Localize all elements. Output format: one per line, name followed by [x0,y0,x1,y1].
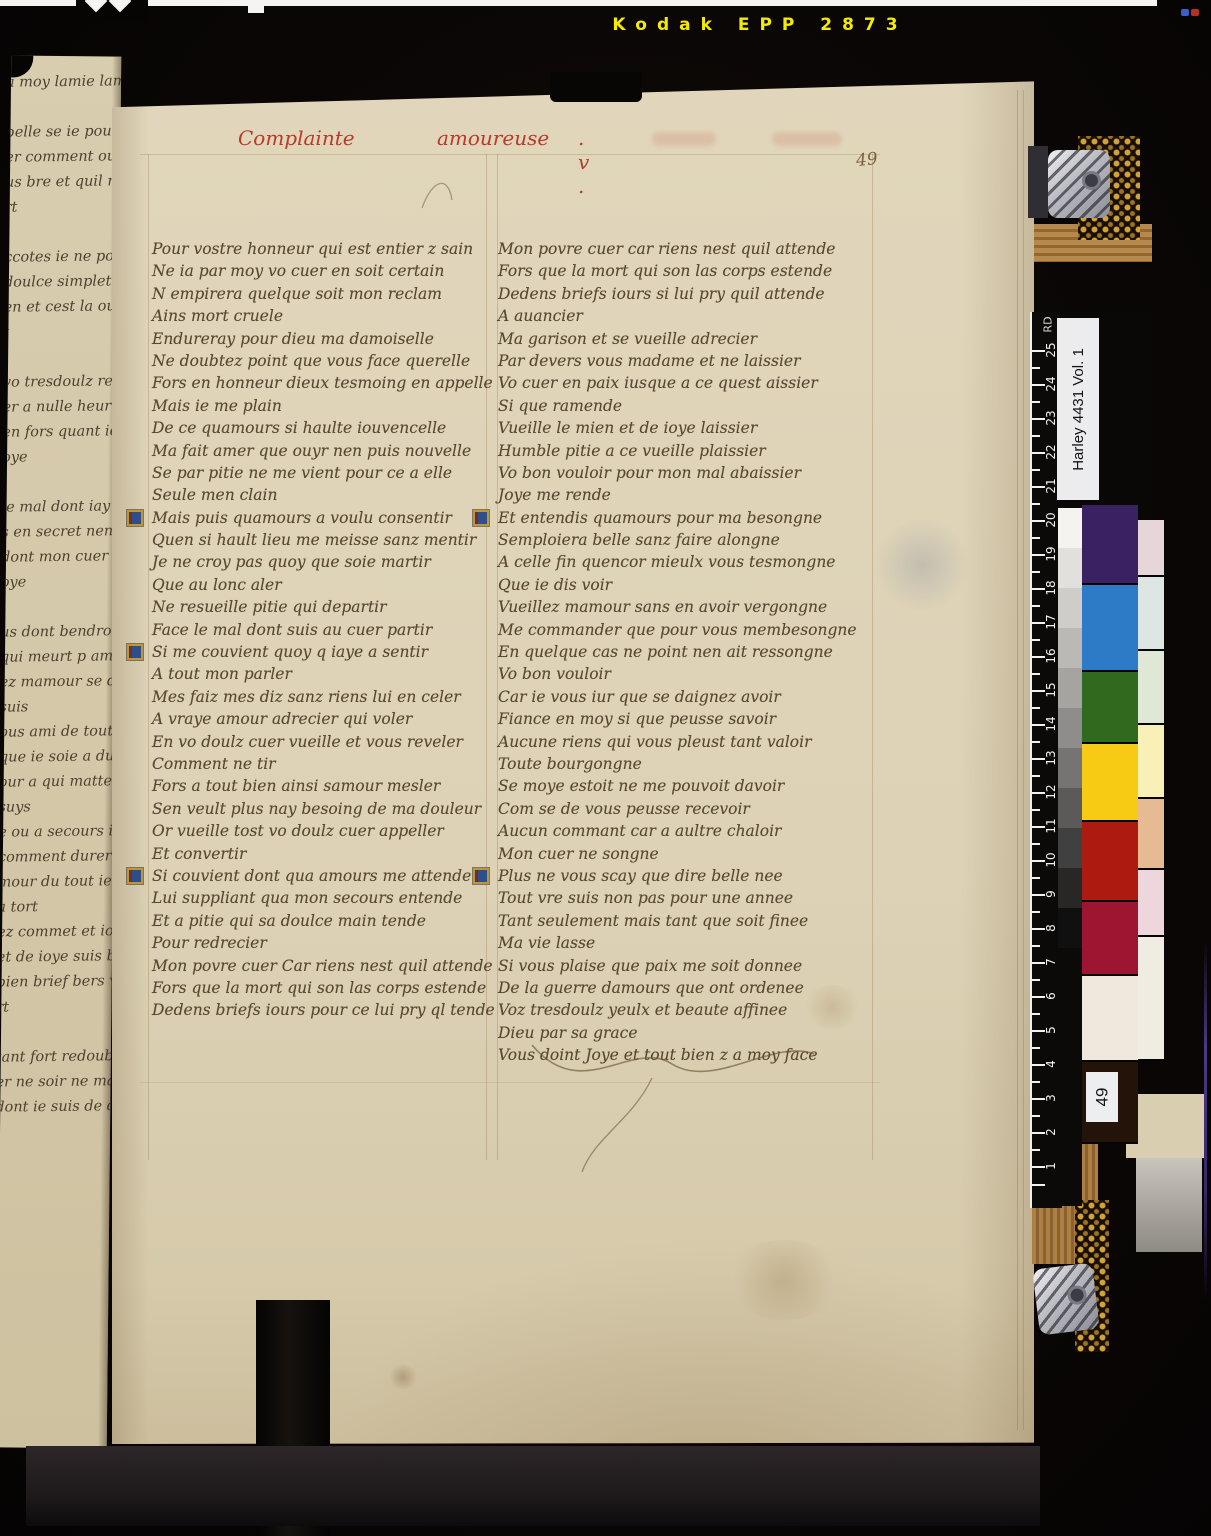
ruler-tick [1032,1149,1040,1151]
manuscript-line: Et convertir [152,843,495,865]
gray-step-7 [1058,748,1082,788]
manuscript-line-text: Plus ne vous scay que dire belle nee [498,867,783,885]
manuscript-line: N empirera quelque soit mon reclam [152,283,495,305]
ruler-tick [1032,1098,1045,1100]
manuscript-line-text: Dedens briefs iours pour ce lui pry ql t… [152,1001,495,1019]
gray-step-5 [1058,668,1082,708]
gray-step-9 [1058,828,1082,868]
patch-pale-green [1138,651,1164,725]
gray-step-11 [1058,908,1082,948]
manuscript-line-text: Aucune riens qui vous pleust tant valoir [498,733,811,751]
ruler-tick [1032,979,1040,981]
manuscript-line: Mon povre cuer car riens nest quil atten… [498,238,857,260]
facing-page-line: ez mamour se desc [0,669,115,695]
manuscript-line-text: Mon povre cuer Car riens nest quil atten… [152,957,493,975]
facing-page-line: tant fort redoubte et [0,1044,111,1070]
ruler-tick [1032,860,1045,862]
manuscript-line-text: Fors que la mort qui son las corps esten… [498,262,832,280]
manuscript-line-text: Ne ia par moy vo cuer en soit certain [152,262,444,280]
manuscript-page: Complainte amoureuse . v . 49 Pour vostr… [112,80,1034,1444]
manuscript-line-text: Ne resueille pitie qui departir [152,598,387,616]
manuscript-line-text: Que au lonc aler [152,576,282,594]
manuscript-line: Aucun commant car a aultre chaloir [498,820,857,842]
ruler-tick [1032,1184,1045,1186]
facing-page-line: mour du tout ie me fi [0,869,113,895]
manuscript-line-text: Que ie dis voir [498,576,612,594]
facing-page-line: ez commet et iours et [0,919,112,945]
ruler-tick [1032,894,1045,896]
manuscript-line-text: Si couvient dont qua amours me attende [152,867,471,885]
manuscript-line-text: Mon cuer ne songne [498,845,659,863]
ruler-number: 14 [1043,716,1059,732]
ruler-tick [1032,571,1040,573]
manuscript-line: Face le mal dont suis au cuer partir [152,619,495,641]
ruler-tick [1032,554,1045,556]
manuscript-line: A vraye amour adrecier qui voler [152,708,495,730]
ruling-line [140,154,880,155]
ruler-number: 4 [1043,1056,1059,1072]
manuscript-line-text: Com se de vous peusse recevoir [498,800,750,818]
ruler-tick [1032,384,1045,386]
manuscript-line: Dedens briefs iours si lui pry quil atte… [498,283,857,305]
facing-page-line: rt [0,994,111,1020]
manuscript-line: Si que ramende [498,395,857,417]
ruler-tick [1032,367,1040,369]
gray-step-2 [1058,548,1082,588]
facing-page-line [0,1019,111,1045]
facing-page-line [6,94,121,120]
manuscript-line: Que ie dis voir [498,574,857,596]
manuscript-line: Pour redrecier [152,932,495,954]
manuscript-line-text: Voz tresdoulz yeulx et beaute affinee [498,1001,787,1019]
gray-step-6 [1058,708,1082,748]
manuscript-line-text: Par devers vous madame et ne laissier [498,352,801,370]
ruler-number: 11 [1043,818,1059,834]
manuscript-line-text: Je ne croy pas quoy que soie martir [152,553,431,571]
facing-page-line: dont mon cuer de duel [1,544,116,570]
manuscript-line: Mon povre cuer Car riens nest quil atten… [152,955,495,977]
facing-page-line: en fors quant ie suis [2,419,117,445]
film-brand-label: Kodak EPP 2873 [560,15,960,35]
manuscript-line-text: Dieu par sa grace [498,1024,638,1042]
manuscript-line-text: A vraye amour adrecier qui voler [152,710,412,728]
ruler-tick [1032,452,1045,454]
ruler-top-label: RD [1042,316,1055,332]
manuscript-line: Fiance en moy si que peusse savoir [498,708,857,730]
ruler-tick [1032,690,1045,692]
manuscript-line-text: Vo bon vouloir [498,665,611,683]
manuscript-line-text: N empirera quelque soit mon reclam [152,285,442,303]
manuscript-line: Ma garison et se vueille adrecier [498,328,857,350]
clamp-plate [1028,146,1048,218]
patch-green [1082,672,1138,744]
manuscript-line: Dieu par sa grace [498,1022,857,1044]
manuscript-line-text: Comment ne tir [152,755,276,773]
manuscript-line-text: Mais puis quamours a voulu consentir [152,509,452,527]
manuscript-line: Comment ne tir [152,753,495,775]
facing-page-line: ccotes ie ne pouroye [4,244,119,270]
facing-page-line [0,594,115,620]
facing-page-line: comment durer ne pu [0,844,113,870]
ruler-tick [1032,1132,1045,1134]
color-patches-main [1082,505,1138,1144]
facing-page-line: doulce simplete et que [4,269,119,295]
manuscript-line: Se par pitie ne me vient pour ce a elle [152,462,495,484]
manuscript-line: Vo bon vouloir [498,663,857,685]
folio-number: 49 [855,149,879,171]
manuscript-line: De ce quamours si haulte iouvencelle [152,417,495,439]
manuscript-line: Fors en honneur dieux tesmoing en appell… [152,372,495,394]
patch-red [1082,822,1138,902]
manuscript-line-text: Vous doint Joye et tout bien z a moy fac… [498,1046,818,1064]
manuscript-line-text: Fors que la mort qui son las corps esten… [152,979,486,997]
manuscript-left-column: Pour vostre honneur qui est entier z sai… [152,238,495,1022]
manuscript-line: A auancier [498,305,857,327]
manuscript-line: Seule men clain [152,484,495,506]
illuminated-paragraph-mark [473,510,489,526]
shelfmark-label-text: Harley 4431 Vol. 1 [1070,348,1087,471]
manuscript-line: Je ne croy pas quoy que soie martir [152,551,495,573]
ruler-number: 19 [1043,546,1059,562]
manuscript-line: Vo cuer en paix iusque a ce quest aissie… [498,372,857,394]
folio-tag-label: 49 [1086,1072,1118,1122]
ruler-tick [1032,928,1045,930]
ruler-tick [1032,1081,1040,1083]
ruler-tick [1032,945,1040,947]
ruler-number: 6 [1043,988,1059,1004]
page-stain [388,1364,418,1390]
manuscript-line-text: Sen veult plus nay besoing de ma douleur [152,800,481,818]
facing-page-line: vo tresdoulz regart [3,369,118,395]
ruler-tick [1032,418,1045,420]
manuscript-line-text: Face le mal dont suis au cuer partir [152,621,432,639]
facing-page-line: belle se ie pouoye [5,119,120,145]
facing-page-line: suys [0,794,114,820]
ruler-tick [1032,962,1045,964]
facing-page-line: er ne soir ne main [0,1069,111,1095]
ruler-tick [1032,792,1045,794]
gray-step-3 [1058,588,1082,628]
ruler-tick [1032,1047,1040,1049]
manuscript-line: Me commander que pour vous membesongne [498,619,857,641]
ruler-tick [1032,520,1045,522]
patch-dark-violet [1082,505,1138,585]
manuscript-line-text: Me commander que pour vous membesongne [498,621,857,639]
manuscript-line-text: Joye me rende [498,486,611,504]
manuscript-line: En quelque cas ne point nen ait ressongn… [498,641,857,663]
ruler-tick [1032,401,1040,403]
manuscript-line: Humble pitie a ce vueille plaissier [498,440,857,462]
manuscript-line: Vueille le mien et de ioye laissier [498,417,857,439]
manuscript-line: Tout vre suis non pas pour une annee [498,887,857,909]
gray-step-10 [1058,868,1082,908]
ruler-tick [1032,1030,1045,1032]
ruler-tick [1032,656,1045,658]
ruler-number: 18 [1043,580,1059,596]
manuscript-line-text: Mon povre cuer car riens nest quil atten… [498,240,835,258]
illuminated-paragraph-mark [127,868,143,884]
facing-page-line: que ie soie a dur port [0,744,114,770]
facing-page-line: e ou a secours ie fuy [0,819,113,845]
ruler-tick [1032,1115,1040,1117]
folio-tag-text: 49 [1092,1088,1112,1107]
ruler-tick [1032,486,1045,488]
manuscript-line: Plus ne vous scay que dire belle nee [498,865,857,887]
manuscript-line-text: Semploiera belle sanz faire alongne [498,531,780,549]
manuscript-line-text: Toute bourgongne [498,755,642,773]
manuscript-line: Quen si hault lieu me meisse sanz mentir [152,529,495,551]
manuscript-line-text: Se moye estoit ne me pouvoit davoir [498,777,784,795]
manuscript-line: Ne doubtez point que vous face querelle [152,350,495,372]
facing-page-line: bien brief bers vous [0,969,112,995]
manuscript-line-text: De la guerre damours que ont ordenee [498,979,804,997]
ruler-tick [1032,1064,1045,1066]
ruler-tick [1032,911,1040,913]
ruler-number: 16 [1043,648,1059,664]
manuscript-line-text: Et convertir [152,845,246,863]
film-edge-strip [0,0,1157,6]
cradle-metal-corner [1136,1158,1202,1252]
color-patches-pale [1138,520,1164,1061]
manuscript-line-text: A celle fin quencor mieulx vous tesmongn… [498,553,835,571]
manuscript-line: Fors a tout bien ainsi samour mesler [152,775,495,797]
manuscript-line-text: Et entendis quamours pour ma besongne [498,509,822,527]
manuscript-line-text: Pour redrecier [152,934,267,952]
page-edge-lines [1017,90,1027,1430]
manuscript-line-text: Si me couvient quoy q iaye a sentir [152,643,428,661]
ruler-tick [1032,707,1040,709]
ruler-tick [1032,673,1040,675]
manuscript-line-text: Fiance en moy si que peusse savoir [498,710,776,728]
grayscale-black-tail [1058,948,1082,1206]
facing-page-line: oye [1,569,116,595]
ruler-tick [1032,843,1040,845]
ruler-tick [1032,605,1040,607]
manuscript-line: Mais puis quamours a voulu consentir [152,507,495,529]
ruler-number: 3 [1043,1090,1059,1106]
rubric-word: . v . [578,126,589,198]
manuscript-line-text: Or vueille tost vo doulz cuer appeller [152,822,444,840]
manuscript-line: De la guerre damours que ont ordenee [498,977,857,999]
facing-page-line [2,469,117,495]
ruler-tick [1032,775,1040,777]
manuscript-line-text: Tout vre suis non pas pour une annee [498,889,793,907]
manuscript-line: Vous doint Joye et tout bien z a moy fac… [498,1044,857,1066]
manuscript-line-text: Dedens briefs iours si lui pry quil atte… [498,285,825,303]
facing-page-line [4,219,119,245]
manuscript-line: Ne resueille pitie qui departir [152,596,495,618]
manuscript-line: Or vueille tost vo doulz cuer appeller [152,820,495,842]
ruler-tick [1032,537,1040,539]
manuscript-line-text: Quen si hault lieu me meisse sanz mentir [152,531,476,549]
patch-white [1138,937,1164,1061]
facing-page-line [3,344,118,370]
manuscript-line-text: Ma garison et se vueille adrecier [498,330,757,348]
manuscript-line: Mais ie me plain [152,395,495,417]
manuscript-line: Et entendis quamours pour ma besongne [498,507,857,529]
facing-page-edge: a moy lamie lamee belle se ie pouoyeer c… [0,55,121,1448]
manuscript-line: Aucune riens qui vous pleust tant valoir [498,731,857,753]
ruler-number: 5 [1043,1022,1059,1038]
manuscript-line-text: Fors en honneur dieux tesmoing en appell… [152,374,493,392]
manuscript-line-text: En vo doulz cuer vueille et vous reveler [152,733,463,751]
manuscript-line: Ains mort cruele [152,305,495,327]
facing-page-line: a moy lamie lamee [6,69,121,95]
manuscript-line-text: A auancier [498,307,583,325]
facing-page-line: suis [0,694,115,720]
manuscript-line-text: Tant seulement mais tant que soit finee [498,912,808,930]
manuscript-line: En vo doulz cuer vueille et vous reveler [152,731,495,753]
ruler-number: 7 [1043,954,1059,970]
page-stain [872,520,972,610]
manuscript-line-text: Humble pitie a ce vueille plaissier [498,442,766,460]
manuscript-line-text: Mais ie me plain [152,397,282,415]
retaining-strap-top [550,72,642,102]
manuscript-line: Vo bon vouloir pour mon mal abaissier [498,462,857,484]
manuscript-line: Si couvient dont qua amours me attende [152,865,495,887]
facing-page-line: er comment ou que le so [5,144,120,170]
ruler-tick [1032,741,1040,743]
manuscript-line: Pour vostre honneur qui est entier z sai… [152,238,495,260]
manuscript-line: A celle fin quencor mieulx vous tesmongn… [498,551,857,573]
ruler-tick [1032,758,1045,760]
manuscript-line-text: Si vous plaise que paix me soit donnee [498,957,802,975]
facing-page-line: s en secret nen appar [1,519,116,545]
ruler-number: 2 [1043,1124,1059,1140]
manuscript-line-text: Si que ramende [498,397,622,415]
metal-clamp-top [1048,150,1110,218]
manuscript-line-text: De ce quamours si haulte iouvencelle [152,419,446,437]
manuscript-line-text: Vo bon vouloir pour mon mal abaissier [498,464,801,482]
ruler-tick [1032,622,1045,624]
manuscript-line: Par devers vous madame et ne laissier [498,350,857,372]
facing-page-line: our a qui mattens au [0,769,114,795]
illuminated-paragraph-mark [127,644,143,660]
ruler-tick [1032,1013,1040,1015]
manuscript-line-text: Ma fait amer que ouyr nen puis nouvelle [152,442,471,460]
facing-page-text: a moy lamie lamee belle se ie pouoyeer c… [0,55,121,1120]
rubric-word: Complainte [238,126,355,150]
ruler-tick [1032,350,1045,352]
facing-page-line: us bre et quil nest co [5,169,120,195]
ruler-number: 1 [1043,1158,1059,1174]
patch-yellow [1082,744,1138,822]
manuscript-line: Joye me rende [498,484,857,506]
ruling-line [148,154,149,1160]
manuscript-line: Toute bourgongne [498,753,857,775]
manuscript-line: Car ie vous iur que se daignez avoir [498,686,857,708]
manuscript-line-text: Et a pitie qui sa doulce main tende [152,912,426,930]
ruler-tick [1032,469,1040,471]
facing-page-line: t [3,319,118,345]
manuscript-line: Que au lonc aler [152,574,495,596]
manuscript-line-text: Mes faiz mes diz sanz riens lui en celer [152,688,461,706]
manuscript-line-text: A tout mon parler [152,665,292,683]
ruling-line [872,154,873,1160]
manuscript-line: Si vous plaise que paix me soit donnee [498,955,857,977]
manuscript-line: Com se de vous peusse recevoir [498,798,857,820]
manuscript-line: Tant seulement mais tant que soit finee [498,910,857,932]
ruler-tick [1032,435,1040,437]
manuscript-line: Ma vie lasse [498,932,857,954]
manuscript-line-text: Lui suppliant qua mon secours entende [152,889,462,907]
ruler-number: 10 [1043,852,1059,868]
manuscript-line-text: Se par pitie ne me vient pour ce a elle [152,464,452,482]
manuscript-line: Semploiera belle sanz faire alongne [498,529,857,551]
facing-page-line: oye [2,444,117,470]
ruler-tick [1032,1166,1045,1168]
manuscript-line-text: Vo cuer en paix iusque a ce quest aissie… [498,374,818,392]
ruler-tick [1032,724,1045,726]
manuscript-line: Dedens briefs iours pour ce lui pry ql t… [152,999,495,1021]
facing-page-line: us dont bendroit [0,619,115,645]
ink-offset-mark [772,132,842,146]
ruler-number: 9 [1043,886,1059,902]
ruler-tick [1032,639,1040,641]
manuscript-line: A tout mon parler [152,663,495,685]
ink-offset-mark [652,132,716,146]
ruler-tick [1032,588,1045,590]
ruler-number: 15 [1043,682,1059,698]
ruler-tick [1032,877,1040,879]
gray-step-4 [1058,628,1082,668]
manuscript-line-text: Endureray pour dieu ma damoiselle [152,330,434,348]
manuscript-line: Endureray pour dieu ma damoiselle [152,328,495,350]
ruler-number: 17 [1043,614,1059,630]
patch-pale-yellow [1138,725,1164,799]
film-notch [248,6,264,13]
manuscript-line: Lui suppliant qua mon secours entende [152,887,495,909]
patch-salmon [1138,799,1164,870]
facing-page-line: a tort [0,894,113,920]
manuscript-line-text: En quelque cas ne point nen ait ressongn… [498,643,833,661]
rubric-word: amoureuse [437,126,549,150]
manuscript-line: Sen veult plus nay besoing de ma douleur [152,798,495,820]
ruler-tick [1032,826,1045,828]
manuscript-line-text: Vueille le mien et de ioye laissier [498,419,757,437]
patch-pale-blue [1138,577,1164,651]
manuscript-line: Se moye estoit ne me pouvoit davoir [498,775,857,797]
manuscript-line: Mon cuer ne songne [498,843,857,865]
manuscript-line: Fors que la mort qui son las corps esten… [152,977,495,999]
ruler-number: 12 [1043,784,1059,800]
ruling-line [140,1082,880,1083]
manuscript-photograph: Kodak EPP 2873 a moy lamie lamee belle s… [0,0,1211,1536]
film-registration-dot-red [1191,9,1199,16]
manuscript-line-text: Aucun commant car a aultre chaloir [498,822,781,840]
manuscript-line: Et a pitie qui sa doulce main tende [152,910,495,932]
manuscript-line-text: Fors a tout bien ainsi samour mesler [152,777,440,795]
manuscript-line: Fors que la mort qui son las corps esten… [498,260,857,282]
facing-page-line: er a nulle heure ne part [2,394,117,420]
manuscript-line-text: Car ie vous iur que se daignez avoir [498,688,781,706]
film-edge-highlight [1204,940,1207,1300]
page-stain [802,985,862,1029]
page-stain [724,1240,844,1320]
facing-page-line: ous ami de tout mon [0,719,114,745]
illuminated-paragraph-mark [127,510,143,526]
manuscript-right-column: Mon povre cuer car riens nest quil atten… [498,238,857,1066]
manuscript-line: Mes faiz mes diz sanz riens lui en celer [152,686,495,708]
facing-page-line: en et cest la ou ma [4,294,119,320]
manuscript-line-text: Ma vie lasse [498,934,595,952]
gray-step-8 [1058,788,1082,828]
facing-page-line: qui meurt p amer [0,644,115,670]
manuscript-line-text: Vueillez mamour sans en avoir vergongne [498,598,827,616]
manuscript-line-text: Ne doubtez point que vous face querelle [152,352,470,370]
patch-off-white [1082,976,1138,1062]
patch-blue [1082,585,1138,672]
